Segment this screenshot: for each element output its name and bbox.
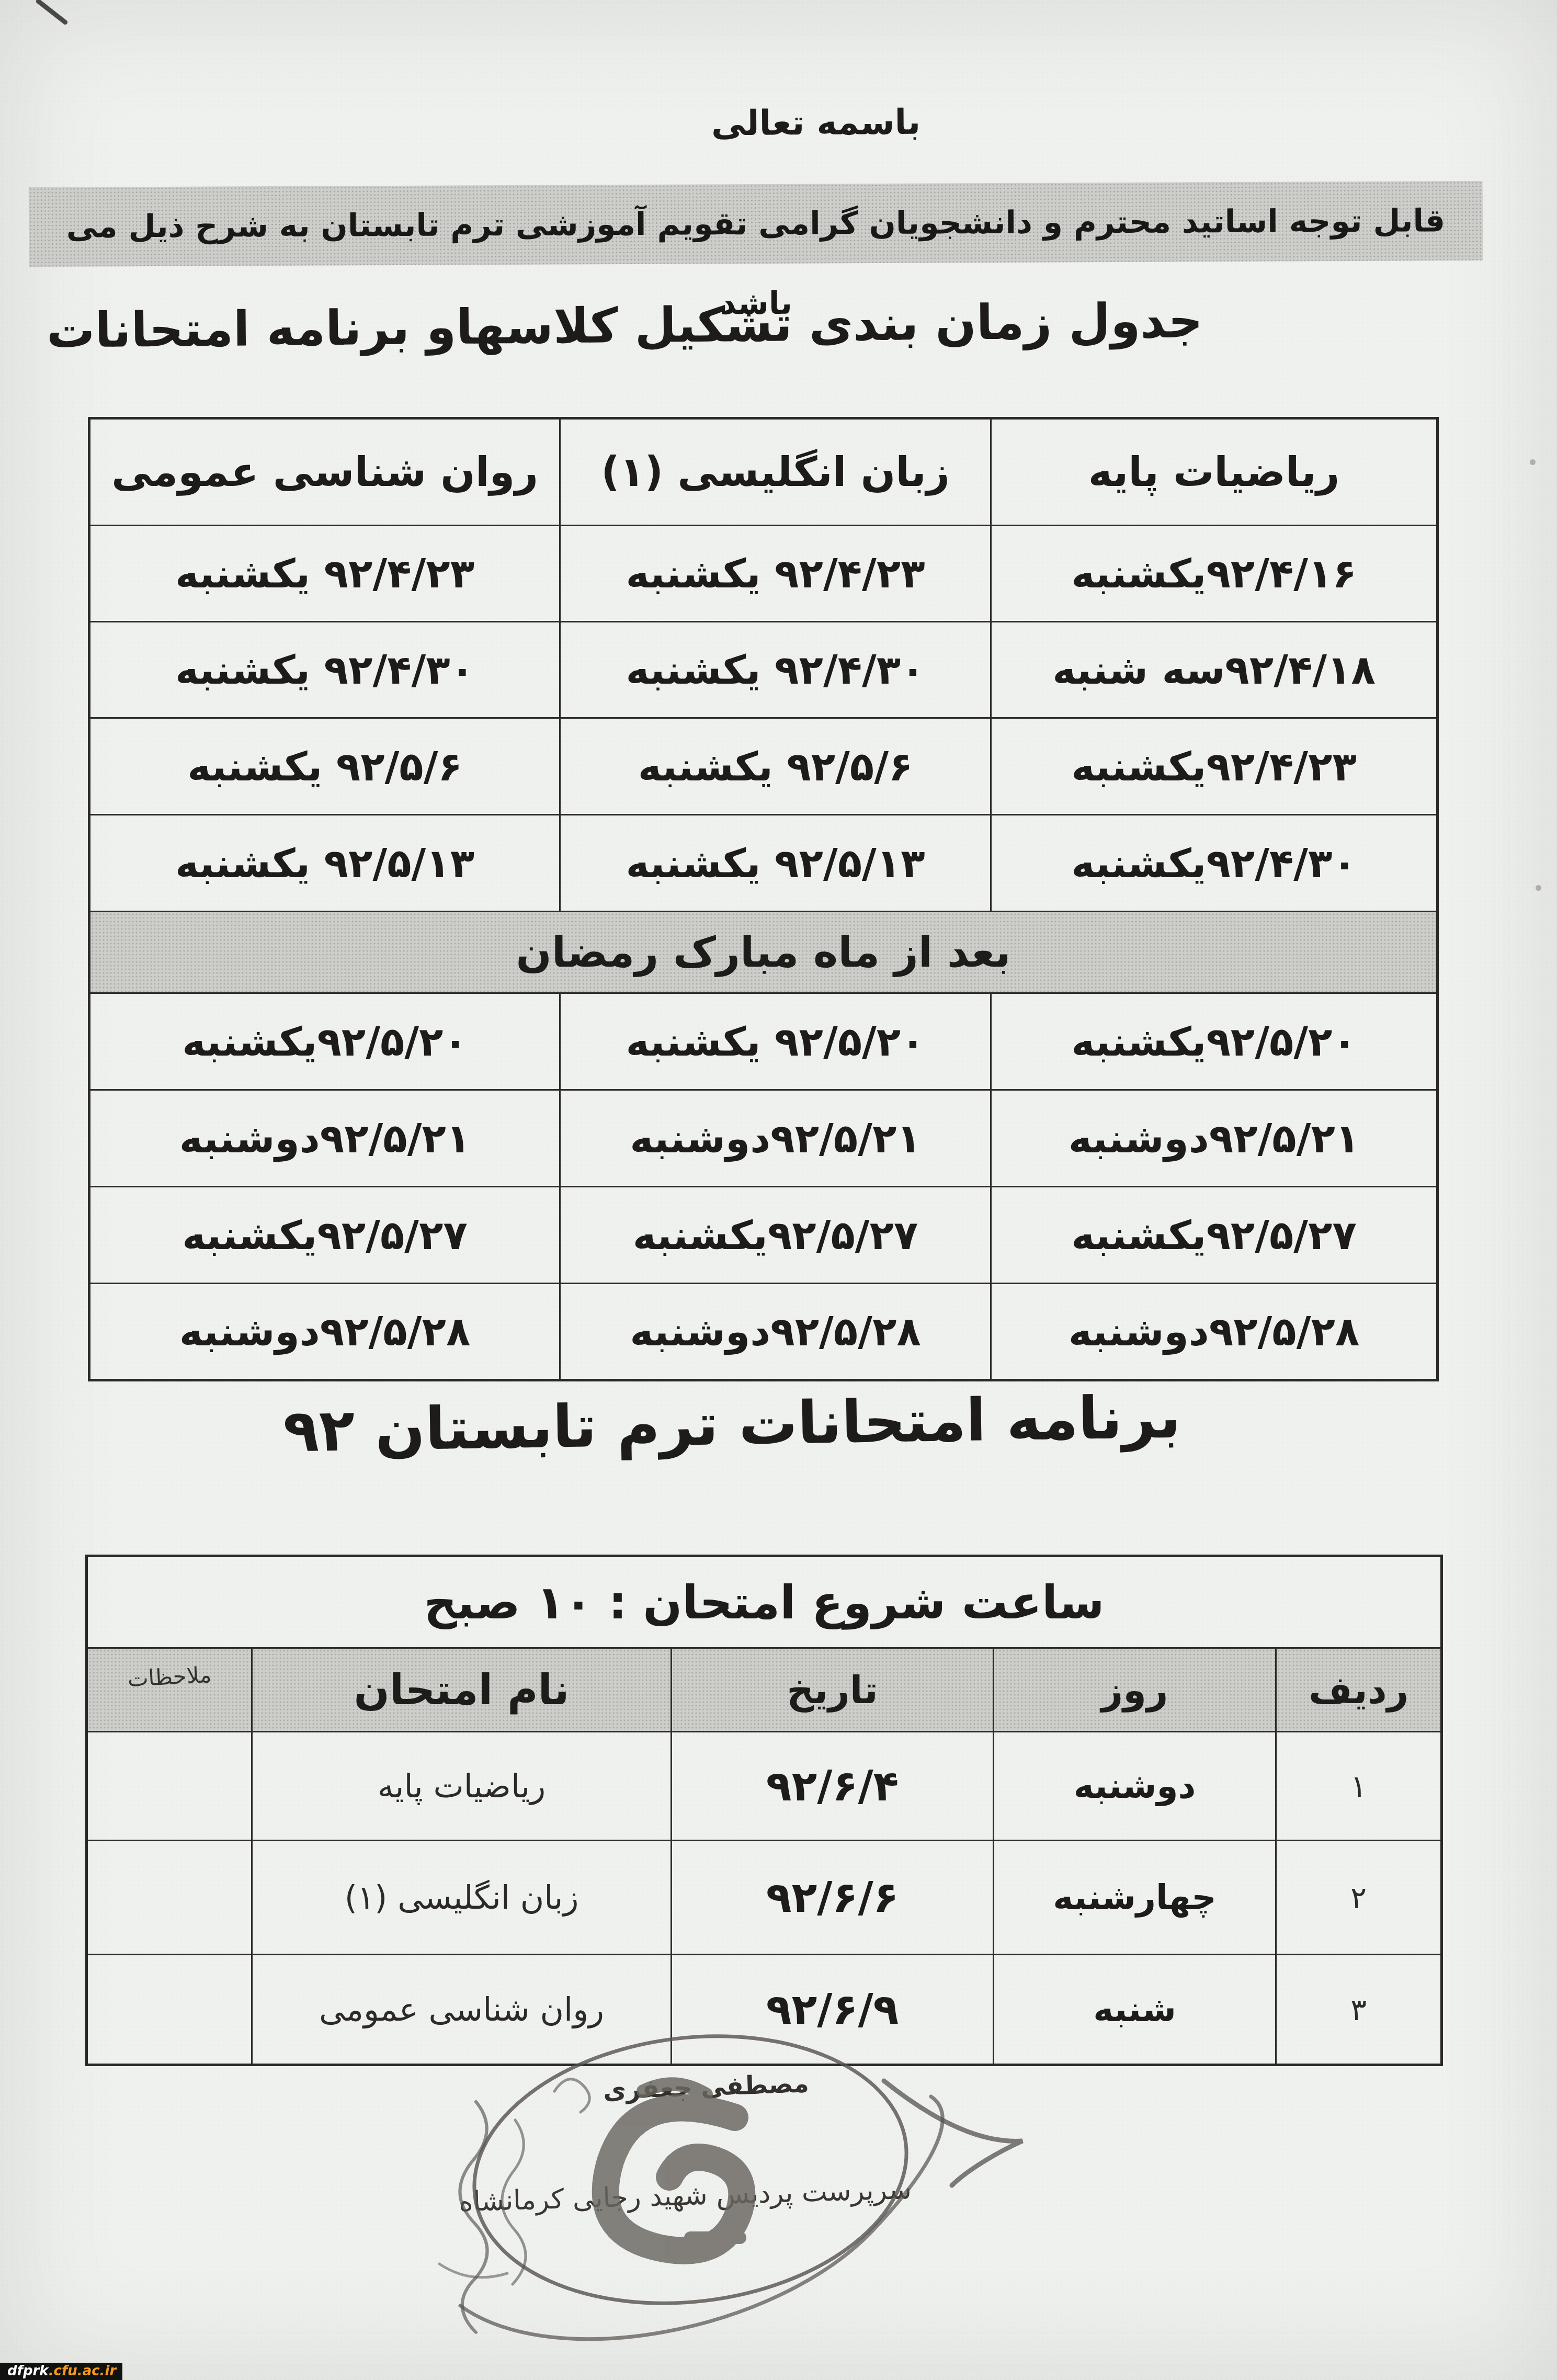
scan-artifact-corner [35, 0, 69, 26]
schedule-cell-psychology: ۹۲/۵/۲۸دوشنبه [89, 1284, 560, 1380]
schedule-cell-math: ۹۲/۴/۱۸سه شنبه [991, 622, 1438, 718]
column-header-date: تاریخ [672, 1648, 994, 1732]
exam-program-title: برنامه امتحانات ترم تابستان ۹۲ [261, 1383, 1204, 1502]
table-row: ۹۲/۵/۲۱دوشنبه ۹۲/۵/۲۱دوشنبه ۹۲/۵/۲۱دوشنب… [89, 1090, 1438, 1187]
column-header-math: ریاضیات پایه [991, 418, 1438, 526]
exam-row-number: ۳ [1276, 1955, 1442, 2065]
table-row: ۹۲/۴/۱۶یکشنبه ۹۲/۴/۲۳ یکشنبه ۹۲/۴/۲۳ یکش… [89, 526, 1438, 622]
column-header-row-number: ردیف [1276, 1648, 1442, 1732]
table-row: ۹۲/۵/۲۰یکشنبه ۹۲/۵/۲۰ یکشنبه ۹۲/۵/۲۰یکشن… [89, 993, 1438, 1090]
column-header-day: روز [994, 1648, 1276, 1732]
exam-row: ۱ دوشنبه ۹۲/۶/۴ ریاضیات پایه [87, 1732, 1442, 1841]
official-stamp-and-signature [397, 2013, 1056, 2368]
column-header-psychology: روان شناسی عمومی [89, 418, 560, 526]
exam-notes [87, 1841, 252, 1955]
exam-start-time-header: ساعت شروع امتحان : ۱۰ صبح [87, 1556, 1442, 1648]
exam-day: چهارشنبه [994, 1841, 1276, 1955]
schedule-cell-english: ۹۲/۵/۱۳ یکشنبه [560, 815, 991, 912]
schedule-cell-psychology: ۹۲/۵/۲۷یکشنبه [89, 1187, 560, 1284]
schedule-cell-english: ۹۲/۴/۳۰ یکشنبه [560, 622, 991, 718]
schedule-cell-math: ۹۲/۵/۲۷یکشنبه [991, 1187, 1438, 1284]
class-schedule-header-row: ریاضیات پایه زبان انگلیسی (۱) روان شناسی… [89, 418, 1438, 526]
column-header-notes: ملاحظات [87, 1648, 252, 1732]
schedule-cell-english: ۹۲/۵/۲۸دوشنبه [560, 1284, 991, 1380]
column-header-english: زبان انگلیسی (۱) [560, 418, 991, 526]
schedule-cell-math: ۹۲/۴/۱۶یکشنبه [991, 526, 1438, 622]
ramadan-banner: بعد از ماه مبارک رمضان [89, 912, 1438, 993]
exam-notes [87, 1732, 252, 1841]
schedule-cell-math: ۹۲/۵/۲۰یکشنبه [991, 993, 1438, 1090]
exam-day: دوشنبه [994, 1732, 1276, 1841]
schedule-cell-english: ۹۲/۴/۲۳ یکشنبه [560, 526, 991, 622]
schedule-cell-english: ۹۲/۵/۲۱دوشنبه [560, 1090, 991, 1187]
exam-date: ۹۲/۶/۶ [672, 1841, 994, 1955]
schedule-cell-math: ۹۲/۴/۳۰یکشنبه [991, 815, 1438, 912]
exam-row-number: ۲ [1276, 1841, 1442, 1955]
notice-banner: قابل توجه اساتید محترم و دانشجویان گرامی… [29, 181, 1483, 267]
site-watermark: dfprk.cfu.ac.ir [0, 2363, 122, 2380]
exam-date: ۹۲/۶/۴ [672, 1732, 994, 1841]
table-row: ۹۲/۴/۳۰یکشنبه ۹۲/۵/۱۳ یکشنبه ۹۲/۵/۱۳ یکش… [89, 815, 1438, 912]
exam-notes [87, 1955, 252, 2065]
scan-speck [1530, 459, 1536, 465]
schedule-cell-psychology: ۹۲/۵/۲۱دوشنبه [89, 1090, 560, 1187]
schedule-cell-math: ۹۲/۵/۲۸دوشنبه [991, 1284, 1438, 1380]
schedule-cell-psychology: ۹۲/۵/۶ یکشنبه [89, 718, 560, 815]
scanned-document-page: باسمه تعالی قابل توجه اساتید محترم و دان… [0, 0, 1557, 2380]
exam-row-number: ۱ [1276, 1732, 1442, 1841]
table-row: ۹۲/۴/۲۳یکشنبه ۹۲/۵/۶ یکشنبه ۹۲/۵/۶ یکشنب… [89, 718, 1438, 815]
ramadan-banner-row: بعد از ماه مبارک رمضان [89, 912, 1438, 993]
exam-row: ۲ چهارشنبه ۹۲/۶/۶ زبان انگلیسی (۱) [87, 1841, 1442, 1955]
schedule-cell-psychology: ۹۲/۵/۲۰یکشنبه [89, 993, 560, 1090]
schedule-cell-english: ۹۲/۵/۶ یکشنبه [560, 718, 991, 815]
exam-table-header-row: ردیف روز تاریخ نام امتحان ملاحظات [87, 1648, 1442, 1732]
watermark-prefix: dfprk [7, 2363, 49, 2379]
class-schedule-title: جدول زمان بندی تشکیل کلاسهاو برنامه امتح… [188, 293, 1203, 380]
notes-header-label: ملاحظات [127, 1662, 212, 1692]
schedule-cell-math: ۹۲/۵/۲۱دوشنبه [991, 1090, 1438, 1187]
table-row: ۹۲/۵/۲۷یکشنبه ۹۲/۵/۲۷یکشنبه ۹۲/۵/۲۷یکشنب… [89, 1187, 1438, 1284]
scan-speck [1536, 885, 1541, 891]
schedule-cell-psychology: ۹۲/۴/۳۰ یکشنبه [89, 622, 560, 718]
schedule-cell-psychology: ۹۲/۴/۲۳ یکشنبه [89, 526, 560, 622]
schedule-cell-psychology: ۹۲/۵/۱۳ یکشنبه [89, 815, 560, 912]
exam-name: زبان انگلیسی (۱) [252, 1841, 672, 1955]
table-row: ۹۲/۴/۱۸سه شنبه ۹۲/۴/۳۰ یکشنبه ۹۲/۴/۳۰ یک… [89, 622, 1438, 718]
exam-start-time-row: ساعت شروع امتحان : ۱۰ صبح [87, 1556, 1442, 1648]
class-schedule-table: ریاضیات پایه زبان انگلیسی (۱) روان شناسی… [88, 417, 1439, 1381]
exam-schedule-table: ساعت شروع امتحان : ۱۰ صبح ردیف روز تاریخ… [85, 1555, 1443, 2066]
schedule-cell-math: ۹۲/۴/۲۳یکشنبه [991, 718, 1438, 815]
column-header-exam-name: نام امتحان [252, 1648, 672, 1732]
basmala-heading: باسمه تعالی [628, 87, 1005, 158]
exam-name: ریاضیات پایه [252, 1732, 672, 1841]
watermark-suffix: .cfu.ac.ir [49, 2363, 117, 2379]
table-row: ۹۲/۵/۲۸دوشنبه ۹۲/۵/۲۸دوشنبه ۹۲/۵/۲۸دوشنب… [89, 1284, 1438, 1380]
schedule-cell-english: ۹۲/۵/۲۰ یکشنبه [560, 993, 991, 1090]
schedule-cell-english: ۹۲/۵/۲۷یکشنبه [560, 1187, 991, 1284]
